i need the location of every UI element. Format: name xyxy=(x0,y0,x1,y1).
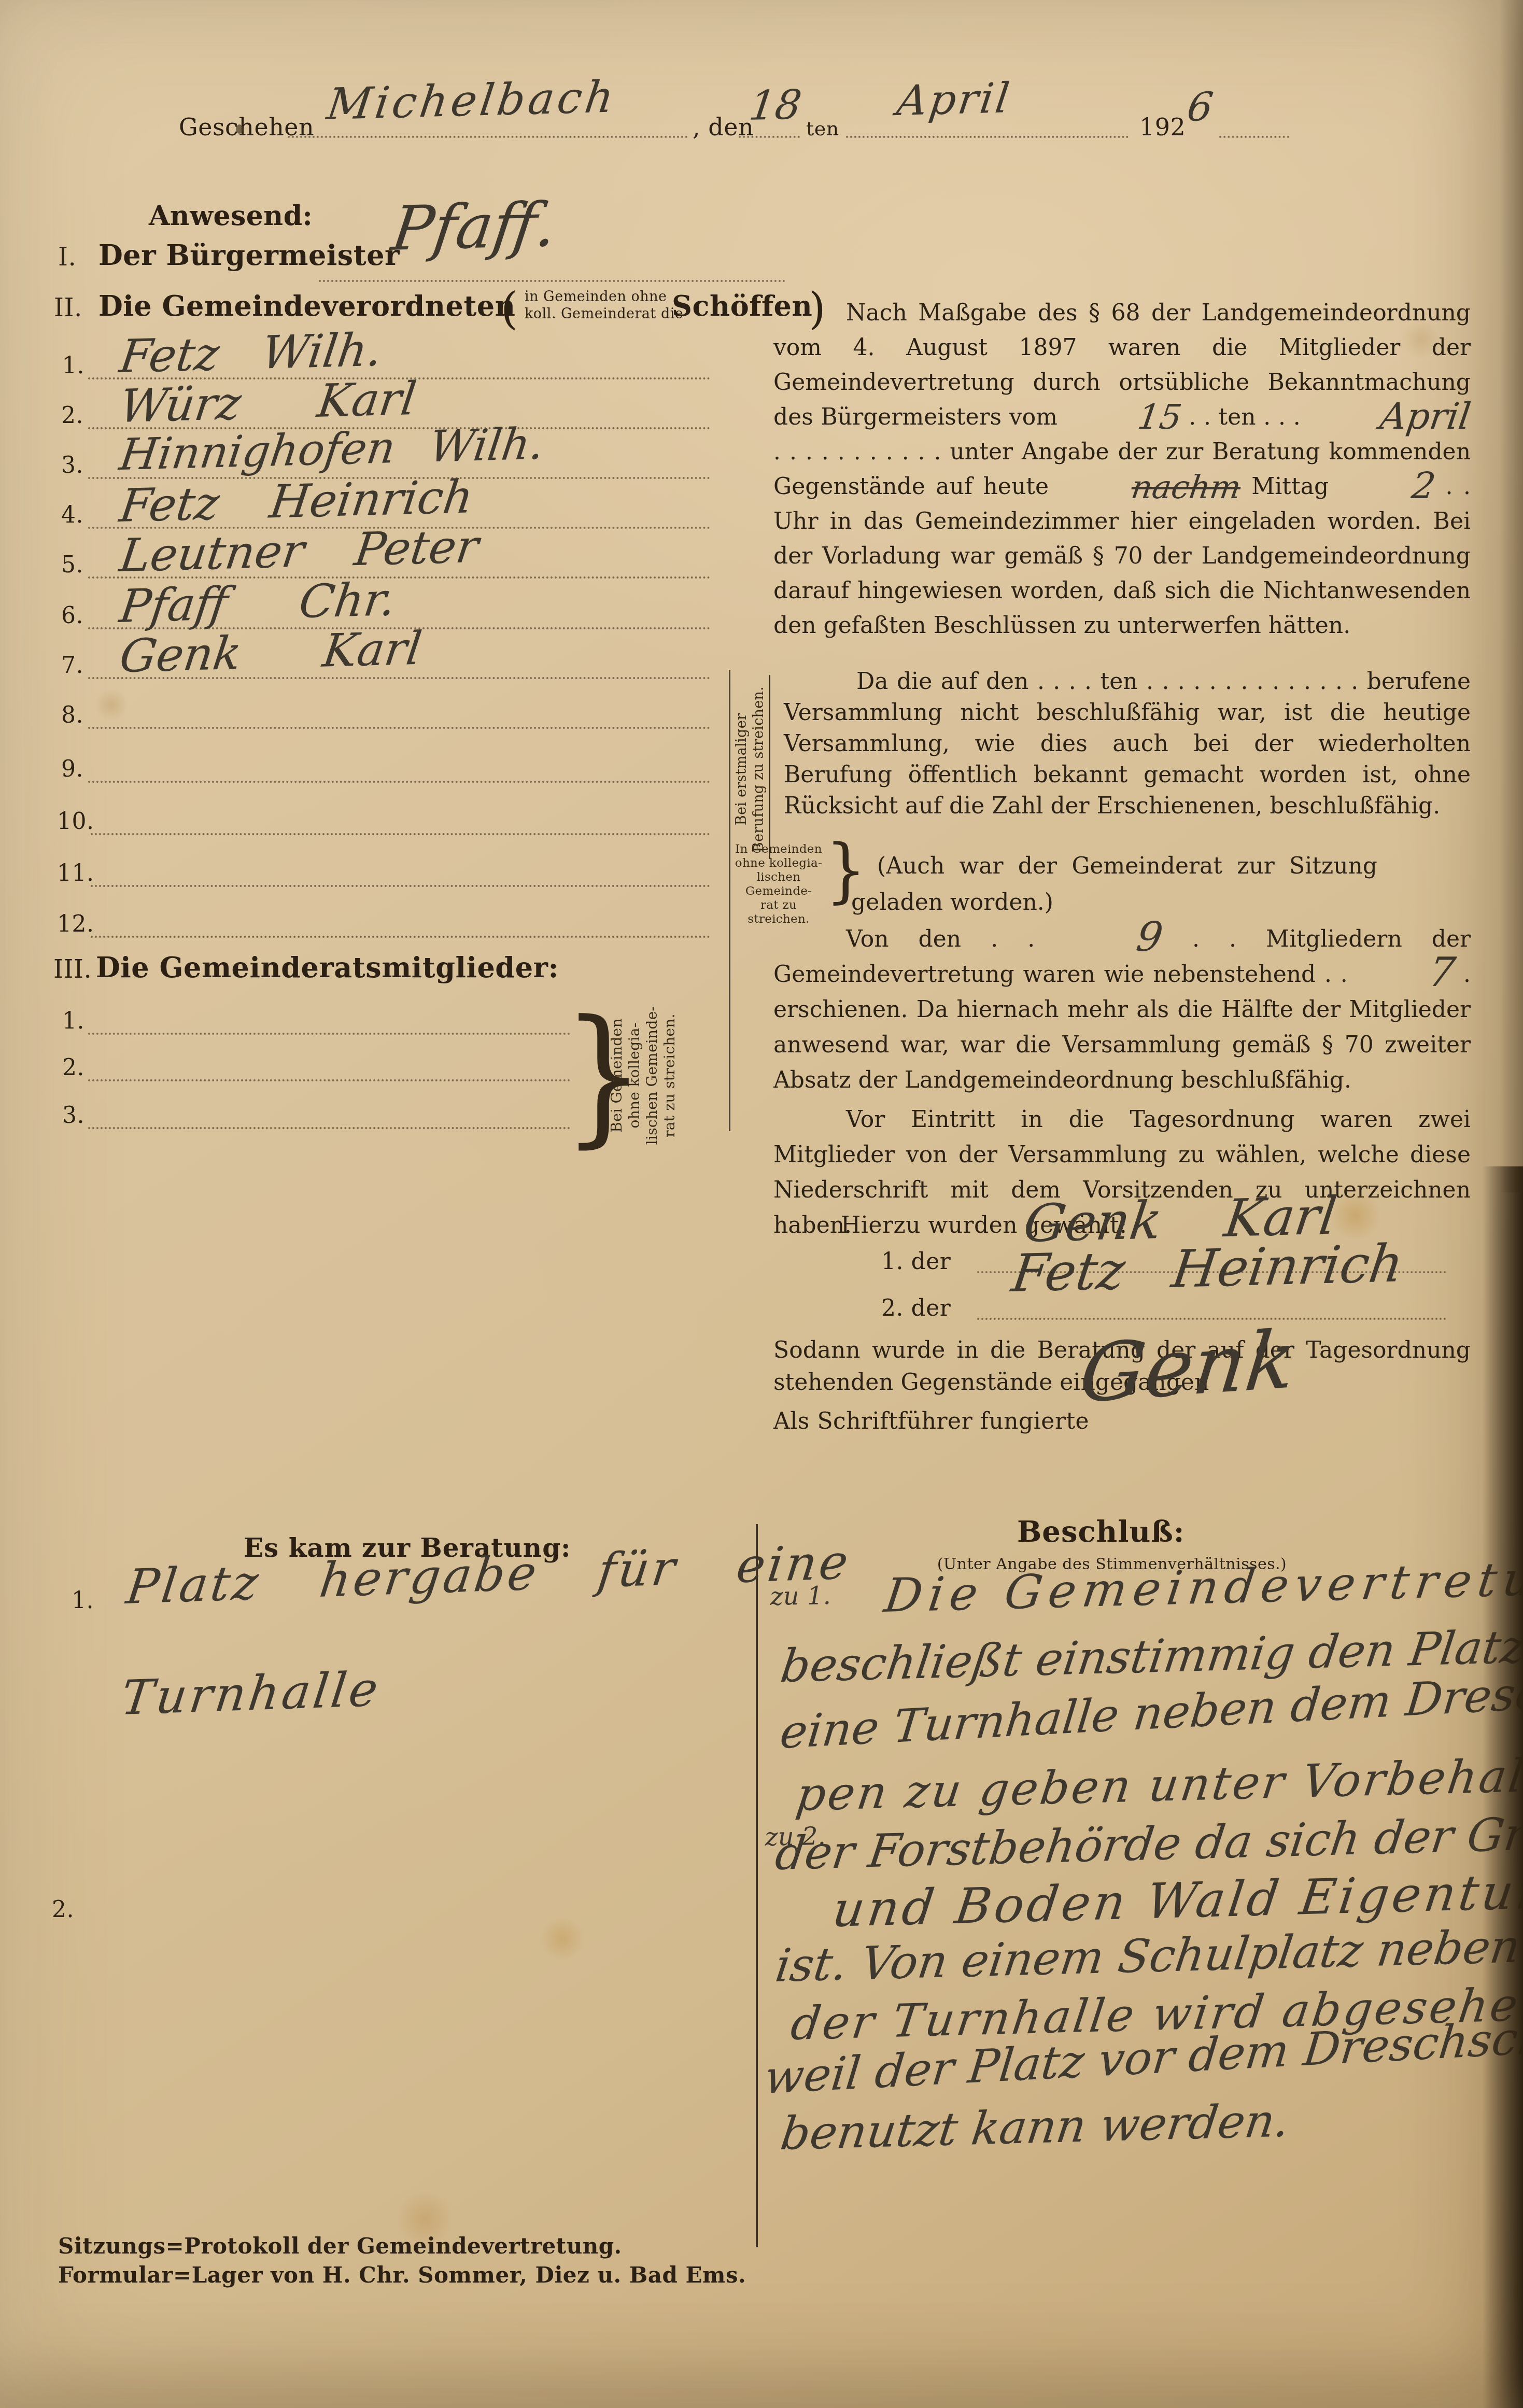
council-label: Die Gemeindeverordneten xyxy=(98,289,515,322)
paragraph-legal-basis: Nach Maßgabe des § 68 der Landgemeindeor… xyxy=(773,295,1471,643)
section3-line xyxy=(88,1079,570,1081)
sidenote-bracket xyxy=(769,675,770,859)
section3-item-num: 1. xyxy=(62,1008,84,1034)
sidenote-line: Bei Gemeinden xyxy=(608,990,626,1161)
clerk-label: Als Schriftführer fungierte xyxy=(773,1408,1089,1434)
member-line xyxy=(91,936,710,938)
section3-item-num: 3. xyxy=(62,1102,84,1129)
agenda-item1-num: 1. xyxy=(72,1587,94,1614)
section3-title: Die Gemeinderatsmitglieder: xyxy=(96,951,559,984)
member-name-handwritten: Hinnighofen Wilh. xyxy=(117,418,547,480)
year-line xyxy=(1219,136,1289,138)
member-name-handwritten: Genk Karl xyxy=(117,622,425,683)
member-num: 9. xyxy=(61,756,83,782)
section3-line xyxy=(88,1033,570,1035)
sidenote-line: In Gemeinden xyxy=(732,842,825,856)
sidenote-line: rat zu streichen. xyxy=(661,990,679,1161)
member-num: 1. xyxy=(62,353,84,379)
section3-sidenote: Bei Gemeinden ohne kollegia- lischen Gem… xyxy=(608,990,683,1161)
member-line xyxy=(91,885,710,887)
member-num: 7. xyxy=(61,652,83,679)
zu1-label: zu 1. xyxy=(770,1581,831,1611)
binding-edge-shadow-upper xyxy=(1500,0,1523,1192)
footer-line2: Formular=Lager von H. Chr. Sommer, Diez … xyxy=(58,2262,746,2288)
protocol-form-page: Geschehen Michelbach , den 18 ten April … xyxy=(0,0,1523,2408)
beschluss-heading: Beschluß: xyxy=(1017,1515,1185,1549)
place-handwritten: Michelbach xyxy=(324,71,620,130)
council-num: II. xyxy=(54,293,82,322)
p1-text: . . . . . . . . . . . unter Angabe der z… xyxy=(773,439,1471,500)
paren-open: ( xyxy=(501,283,518,334)
place-line xyxy=(288,136,688,138)
foxing-stain xyxy=(93,689,130,721)
foxing-stain xyxy=(539,1918,586,1960)
resolution-line: benutzt kann werden. xyxy=(778,2093,1293,2160)
year-digit-handwritten: 6 xyxy=(1184,83,1216,130)
mayor-label: Der Bürgermeister xyxy=(98,238,400,272)
member-num: 6. xyxy=(61,602,83,629)
p4-text: Von den . . xyxy=(846,926,1064,952)
p1-text: Nach Maßgabe des § 68 der Landgemeindeor… xyxy=(773,300,1471,430)
column-divider xyxy=(756,1524,758,2247)
section3-line xyxy=(88,1127,570,1129)
section3-item-num: 2. xyxy=(62,1054,84,1081)
elected-item2-label: 2. der xyxy=(881,1295,951,1321)
member-num: 2. xyxy=(61,402,83,429)
mayor-num: I. xyxy=(58,243,76,272)
anwesend-title: Anwesend: xyxy=(149,200,313,232)
member-line xyxy=(88,727,710,729)
p1-text: . . ten . . . xyxy=(1181,404,1308,430)
section3-num: III. xyxy=(53,955,92,984)
council-note-line2: koll. Gemeinderat die xyxy=(525,305,683,322)
agenda-item2-num: 2. xyxy=(52,1896,74,1923)
paragraph-attendance-count: Von den . . 9 . . Mitgliedern der Gemein… xyxy=(773,922,1471,1098)
sidenote-line: ohne kollegia- xyxy=(732,856,825,870)
council-note-line1: in Gemeinden ohne xyxy=(525,288,683,305)
day-line xyxy=(739,136,800,138)
member-num: 4. xyxy=(61,502,83,528)
agenda-item1-handwritten-line2: Turnhalle xyxy=(118,1661,384,1726)
paragraph-council-invited: (Auch war der Gemeinderat zur Sitzung ge… xyxy=(851,848,1377,921)
member-line xyxy=(91,833,710,835)
mayor-line xyxy=(319,280,785,282)
ten-label: ten xyxy=(806,117,839,140)
clerk-signature-handwritten: Genk xyxy=(1076,1313,1300,1421)
member-num: 8. xyxy=(61,702,83,728)
elected-item1-label: 1. der xyxy=(881,1248,951,1275)
member-num: 3. xyxy=(61,452,83,478)
member-name-handwritten: Leutner Peter xyxy=(117,519,482,582)
sidenote-line: ohne kollegia- xyxy=(626,990,643,1161)
member-line xyxy=(88,781,710,783)
sidenote-line: lischen Gemeinde- xyxy=(732,870,825,898)
year-prefix: 192 xyxy=(1139,113,1186,141)
margin-rule xyxy=(729,670,730,1131)
member-num: 5. xyxy=(61,552,83,578)
month-handwritten: April xyxy=(894,74,1014,125)
member-num: 10. xyxy=(57,808,94,835)
council-note: in Gemeinden ohne koll. Gemeinderat die xyxy=(525,288,683,322)
member-num: 11. xyxy=(57,860,94,886)
paragraph-quorum-failure: Da die auf den . . . . ten . . . . . . .… xyxy=(784,666,1471,822)
mayor-name-handwritten: Pfaff. xyxy=(388,189,561,264)
sidenote-line: lischen Gemeinde- xyxy=(643,990,661,1161)
month-line xyxy=(846,136,1129,138)
elected-item2-handwritten: Fetz Heinrich xyxy=(1008,1233,1407,1304)
day-handwritten: 18 xyxy=(746,81,805,130)
footer-line1: Sitzungs=Protokoll der Gemeindevertretun… xyxy=(58,2233,622,2259)
member-num: 12. xyxy=(57,911,94,937)
no-council-sidenote: In Gemeinden ohne kollegia- lischen Geme… xyxy=(732,842,825,926)
p1-text: Mittag xyxy=(1241,473,1339,500)
